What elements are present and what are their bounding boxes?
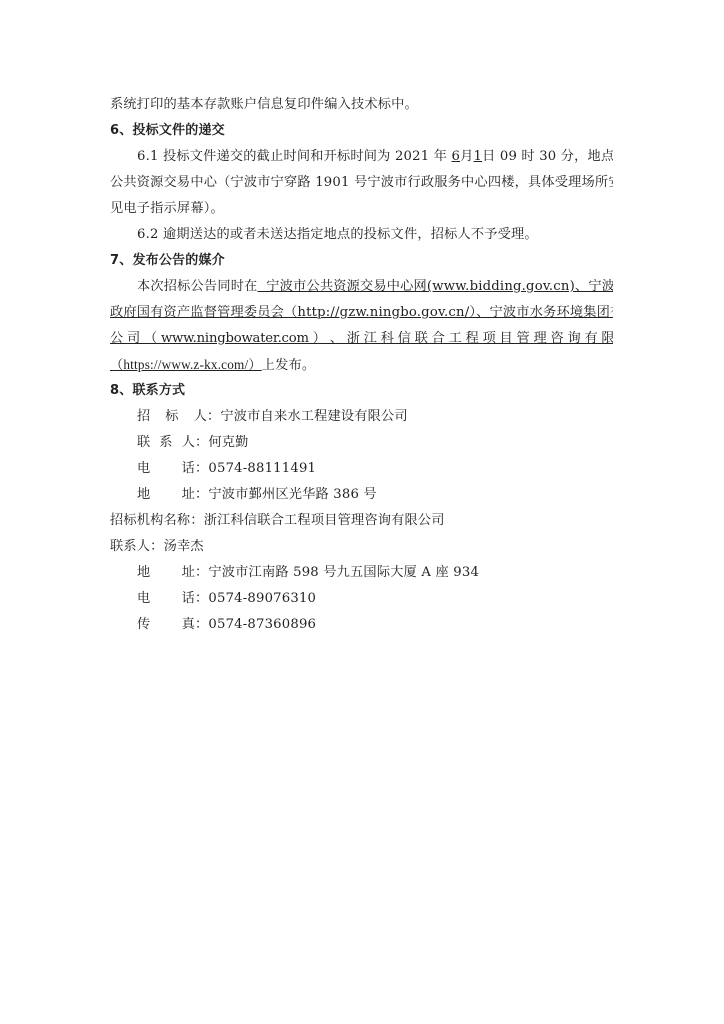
section-7-line-4: （https://www.z-kx.com/）上发布。: [110, 352, 613, 378]
label: 联系人：: [110, 539, 164, 554]
contact-agency-person: 联系人：汤幸杰: [110, 534, 613, 560]
month-suffix: 月: [460, 149, 473, 164]
value: 宁波市鄞州区光华路 386 号: [208, 487, 376, 502]
section-6-1-line-2: 公共资源交易中心（宁波市宁穿路 1901 号宁波市行政服务中心四楼，具体受理场所…: [110, 170, 613, 196]
value: 宁波市自来水工程建设有限公司: [220, 409, 407, 424]
intro-line: 系统打印的基本存款账户信息复印件编入技术标中。: [110, 92, 613, 118]
label: 电话: [137, 456, 195, 482]
label: 地址: [137, 482, 195, 508]
document-page: 系统打印的基本存款账户信息复印件编入技术标中。 6、投标文件的递交 6.1 投标…: [110, 92, 613, 638]
label: 招标人: [137, 404, 207, 430]
contact-agency-fax: 传真 ：0574-87360896: [110, 612, 613, 638]
value: 0574-89076310: [208, 591, 316, 606]
label: 地址: [137, 560, 195, 586]
section-6-1-line-1: 6.1 投标文件递交的截止时间和开标时间为 2021 年 6月1日 09 时 3…: [110, 144, 613, 170]
section-6-1-line-3: 见电子指示屏幕）。: [110, 196, 613, 222]
text: 6.1 投标文件递交的截止时间和开标时间为 2021 年: [137, 149, 447, 164]
text: 上发布。: [262, 358, 316, 373]
label: 招标机构名称：: [110, 513, 204, 528]
text: 日 09 时 30 分，地点为宁波市: [482, 149, 613, 164]
text: 本次招标公告同时在: [137, 279, 258, 294]
value: 浙江科信联合工程项目管理咨询有限公司: [204, 513, 445, 528]
label: 传真: [137, 612, 195, 638]
contact-tenderer: 招标人 ：宁波市自来水工程建设有限公司: [110, 404, 613, 430]
contact-tenderer-phone: 电话 ：0574-88111491: [110, 456, 613, 482]
value: 0574-87360896: [208, 617, 316, 632]
media-link-text: 宁波市公共资源交易中心网(www.bidding.gov.cn)、宁波市人民: [258, 279, 614, 294]
section-7-heading: 7、发布公告的媒介: [110, 248, 613, 274]
label: 联系人: [137, 430, 195, 456]
contact-agency-name: 招标机构名称：浙江科信联合工程项目管理咨询有限公司: [110, 508, 613, 534]
value: 宁波市江南路 598 号九五国际大厦 A 座 934: [208, 565, 479, 580]
month-value: 6: [452, 149, 461, 164]
label: 电话: [137, 586, 195, 612]
section-7-line-3: 公 司 （ www.ningbowater.com ） 、 浙 江 科 信 联 …: [110, 326, 613, 352]
contact-agency-phone: 电话 ：0574-89076310: [110, 586, 613, 612]
section-6-2: 6.2 逾期送达的或者未送达指定地点的投标文件，招标人不予受理。: [110, 222, 613, 248]
contact-tenderer-address: 地址 ：宁波市鄞州区光华路 386 号: [110, 482, 613, 508]
contact-tenderer-person: 联系人 ：何克勤: [110, 430, 613, 456]
value: 汤幸杰: [164, 539, 204, 554]
section-8-heading: 8、联系方式: [110, 378, 613, 404]
value: 0574-88111491: [208, 461, 316, 476]
section-6-heading: 6、投标文件的递交: [110, 118, 613, 144]
section-7-line-1: 本次招标公告同时在 宁波市公共资源交易中心网(www.bidding.gov.c…: [110, 274, 613, 300]
day-value: 1: [473, 149, 482, 164]
contact-agency-address: 地址 ：宁波市江南路 598 号九五国际大厦 A 座 934: [110, 560, 613, 586]
media-link-text: （https://www.z-kx.com/）: [110, 357, 262, 372]
value: 何克勤: [208, 435, 248, 450]
section-7-line-2: 政府国有资产监督管理委员会（http://gzw.ningbo.gov.cn/）…: [110, 300, 613, 326]
